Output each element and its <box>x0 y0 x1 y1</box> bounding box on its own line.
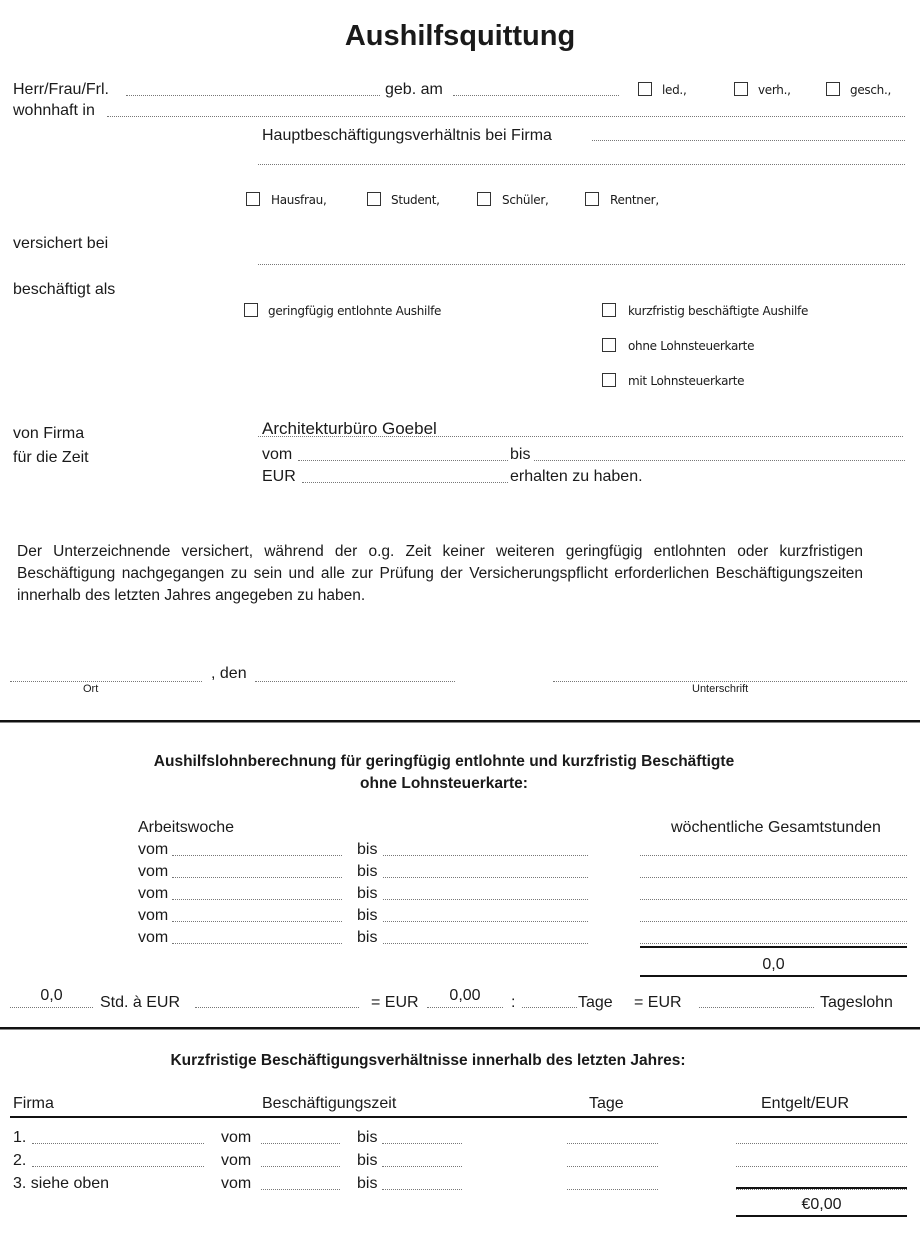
occupation-housewife-checkbox[interactable] <box>246 192 260 206</box>
week-from-label: vom <box>138 929 168 947</box>
st-payment-field[interactable] <box>736 1189 907 1190</box>
firm-field[interactable] <box>258 436 903 437</box>
week-from-label: vom <box>138 841 168 859</box>
col-firm: Firma <box>13 1095 54 1113</box>
week-to-label: bis <box>357 863 377 881</box>
hours-total-rule <box>640 975 907 977</box>
week-to-label: bis <box>357 841 377 859</box>
week-from-label: vom <box>138 907 168 925</box>
formula-hours-field[interactable] <box>10 1007 93 1008</box>
name-field[interactable] <box>126 95 380 96</box>
occupation-pupil-label: Schüler, <box>502 193 549 207</box>
week-to-field[interactable] <box>383 877 588 878</box>
st-to-field[interactable] <box>382 1189 462 1190</box>
week-from-field[interactable] <box>172 943 342 944</box>
signature-field[interactable] <box>553 681 907 682</box>
week-from-label: vom <box>138 885 168 903</box>
week-from-field[interactable] <box>172 899 342 900</box>
main-employment-field-2[interactable] <box>258 164 905 165</box>
week-from-field[interactable] <box>172 855 342 856</box>
status-divorced-checkbox[interactable] <box>826 82 840 96</box>
st-firm-label: 3. siehe oben <box>13 1175 109 1193</box>
status-married-checkbox[interactable] <box>734 82 748 96</box>
dob-field[interactable] <box>453 95 619 96</box>
short-term-heading: Kurzfristige Beschäftigungsverhältnisse … <box>0 1052 856 1070</box>
st-days-field[interactable] <box>567 1166 658 1167</box>
hourly-rate-field[interactable] <box>195 1007 359 1008</box>
occupation-student-checkbox[interactable] <box>367 192 381 206</box>
without-tax-card-label: ohne Lohnsteuerkarte <box>628 339 754 353</box>
week-to-label: bis <box>357 929 377 947</box>
week-hours-field[interactable] <box>640 855 907 856</box>
st-to-label: bis <box>357 1129 377 1147</box>
st-to-field[interactable] <box>382 1143 462 1144</box>
short-term-employment-checkbox[interactable] <box>602 303 616 317</box>
st-firm-label: 2. <box>13 1152 26 1170</box>
main-employment-label: Hauptbeschäftigungsverhältnis bei Firma <box>262 127 552 145</box>
amount-field[interactable] <box>302 482 508 483</box>
insured-label: versichert bei <box>13 235 108 253</box>
employed-as-label: beschäftigt als <box>13 281 115 299</box>
address-label: wohnhaft in <box>13 102 95 120</box>
period-label: für die Zeit <box>13 449 89 467</box>
st-to-label: bis <box>357 1152 377 1170</box>
st-to-label: bis <box>357 1175 377 1193</box>
formula-hours-value: 0,0 <box>10 987 93 1005</box>
place-field[interactable] <box>10 681 202 682</box>
st-days-field[interactable] <box>567 1189 658 1190</box>
place-caption: Ort <box>83 683 98 695</box>
occupation-student-label: Student, <box>391 193 440 207</box>
occupation-pupil-checkbox[interactable] <box>477 192 491 206</box>
week-hours-field[interactable] <box>640 943 907 944</box>
with-tax-card-checkbox[interactable] <box>602 373 616 387</box>
marginal-employment-checkbox[interactable] <box>244 303 258 317</box>
daily-wage-field[interactable] <box>699 1007 814 1008</box>
marginal-employment-label: geringfügig entlohnte Aushilfe <box>268 304 441 318</box>
period-from-field[interactable] <box>298 460 508 461</box>
st-to-field[interactable] <box>382 1166 462 1167</box>
week-to-field[interactable] <box>383 943 588 944</box>
status-single-label: led., <box>662 83 686 97</box>
st-payment-field[interactable] <box>736 1143 907 1144</box>
status-divorced-label: gesch., <box>850 83 891 97</box>
received-label: erhalten zu haben. <box>510 468 643 486</box>
total-hours-value: 0,0 <box>640 956 907 974</box>
st-from-label: vom <box>221 1175 251 1193</box>
status-married-label: verh., <box>758 83 791 97</box>
firm-label: von Firma <box>13 425 84 443</box>
main-employment-field[interactable] <box>592 140 905 141</box>
st-from-field[interactable] <box>261 1189 340 1190</box>
hours-header: wöchentliche Gesamtstunden <box>671 819 881 837</box>
without-tax-card-checkbox[interactable] <box>602 338 616 352</box>
form-title: Aushilfsquittung <box>0 20 920 53</box>
eq-eur-label-2: = EUR <box>634 994 682 1012</box>
std-label: Std. à EUR <box>100 994 180 1012</box>
formula-amount-value: 0,00 <box>427 987 503 1005</box>
week-to-label: bis <box>357 885 377 903</box>
hours-sum-rule <box>640 946 907 948</box>
period-from-label: vom <box>262 446 292 464</box>
date-field[interactable] <box>255 681 455 682</box>
occupation-pensioner-checkbox[interactable] <box>585 192 599 206</box>
colon-label: : <box>511 994 515 1012</box>
days-field[interactable] <box>522 1007 577 1008</box>
week-to-field[interactable] <box>383 899 588 900</box>
st-from-field[interactable] <box>261 1166 340 1167</box>
status-single-checkbox[interactable] <box>638 82 652 96</box>
week-hours-field[interactable] <box>640 877 907 878</box>
with-tax-card-label: mit Lohnsteuerkarte <box>628 374 744 388</box>
section-divider <box>0 720 920 722</box>
payment-sum-rule <box>736 1187 907 1189</box>
st-from-field[interactable] <box>261 1143 340 1144</box>
declaration-text: Der Unterzeichnende versichert, während … <box>17 541 863 607</box>
calc-heading-line1: Aushilfslohnberechnung für geringfügig e… <box>0 753 888 771</box>
col-payment: Entgelt/EUR <box>761 1095 849 1113</box>
week-hours-field[interactable] <box>640 921 907 922</box>
dob-label: geb. am <box>385 81 443 99</box>
week-header: Arbeitswoche <box>138 819 234 837</box>
week-from-field[interactable] <box>172 877 342 878</box>
short-term-employment-label: kurzfristig beschäftigte Aushilfe <box>628 304 808 318</box>
occupation-housewife-label: Hausfrau, <box>271 193 326 207</box>
col-days: Tage <box>589 1095 624 1113</box>
st-days-field[interactable] <box>567 1143 658 1144</box>
st-from-label: vom <box>221 1129 251 1147</box>
week-hours-field[interactable] <box>640 899 907 900</box>
st-firm-field[interactable] <box>32 1143 204 1144</box>
name-label: Herr/Frau/Frl. <box>13 81 109 99</box>
occupation-pensioner-label: Rentner, <box>610 193 659 207</box>
signature-caption: Unterschrift <box>692 683 748 695</box>
st-from-label: vom <box>221 1152 251 1170</box>
st-firm-field[interactable] <box>32 1166 204 1167</box>
insured-field[interactable] <box>258 264 905 265</box>
date-prefix: , den <box>211 665 247 683</box>
address-field[interactable] <box>107 116 905 117</box>
payment-total-rule <box>736 1215 907 1217</box>
period-to-field[interactable] <box>534 460 905 461</box>
amount-currency-label: EUR <box>262 468 296 486</box>
st-firm-label: 1. <box>13 1129 26 1147</box>
eq-eur-label: = EUR <box>371 994 419 1012</box>
section-divider-2 <box>0 1027 920 1029</box>
week-from-label: vom <box>138 863 168 881</box>
days-label: Tage <box>578 994 613 1012</box>
week-to-field[interactable] <box>383 855 588 856</box>
calc-heading-line2: ohne Lohnsteuerkarte: <box>0 775 888 793</box>
st-payment-field[interactable] <box>736 1166 907 1167</box>
header-rule <box>10 1116 907 1118</box>
week-to-field[interactable] <box>383 921 588 922</box>
formula-amount-field[interactable] <box>427 1007 503 1008</box>
week-from-field[interactable] <box>172 921 342 922</box>
period-to-label: bis <box>510 446 530 464</box>
week-to-label: bis <box>357 907 377 925</box>
col-period: Beschäftigungszeit <box>262 1095 396 1113</box>
payment-total-value: €0,00 <box>736 1196 907 1214</box>
daily-wage-label: Tageslohn <box>820 994 893 1012</box>
